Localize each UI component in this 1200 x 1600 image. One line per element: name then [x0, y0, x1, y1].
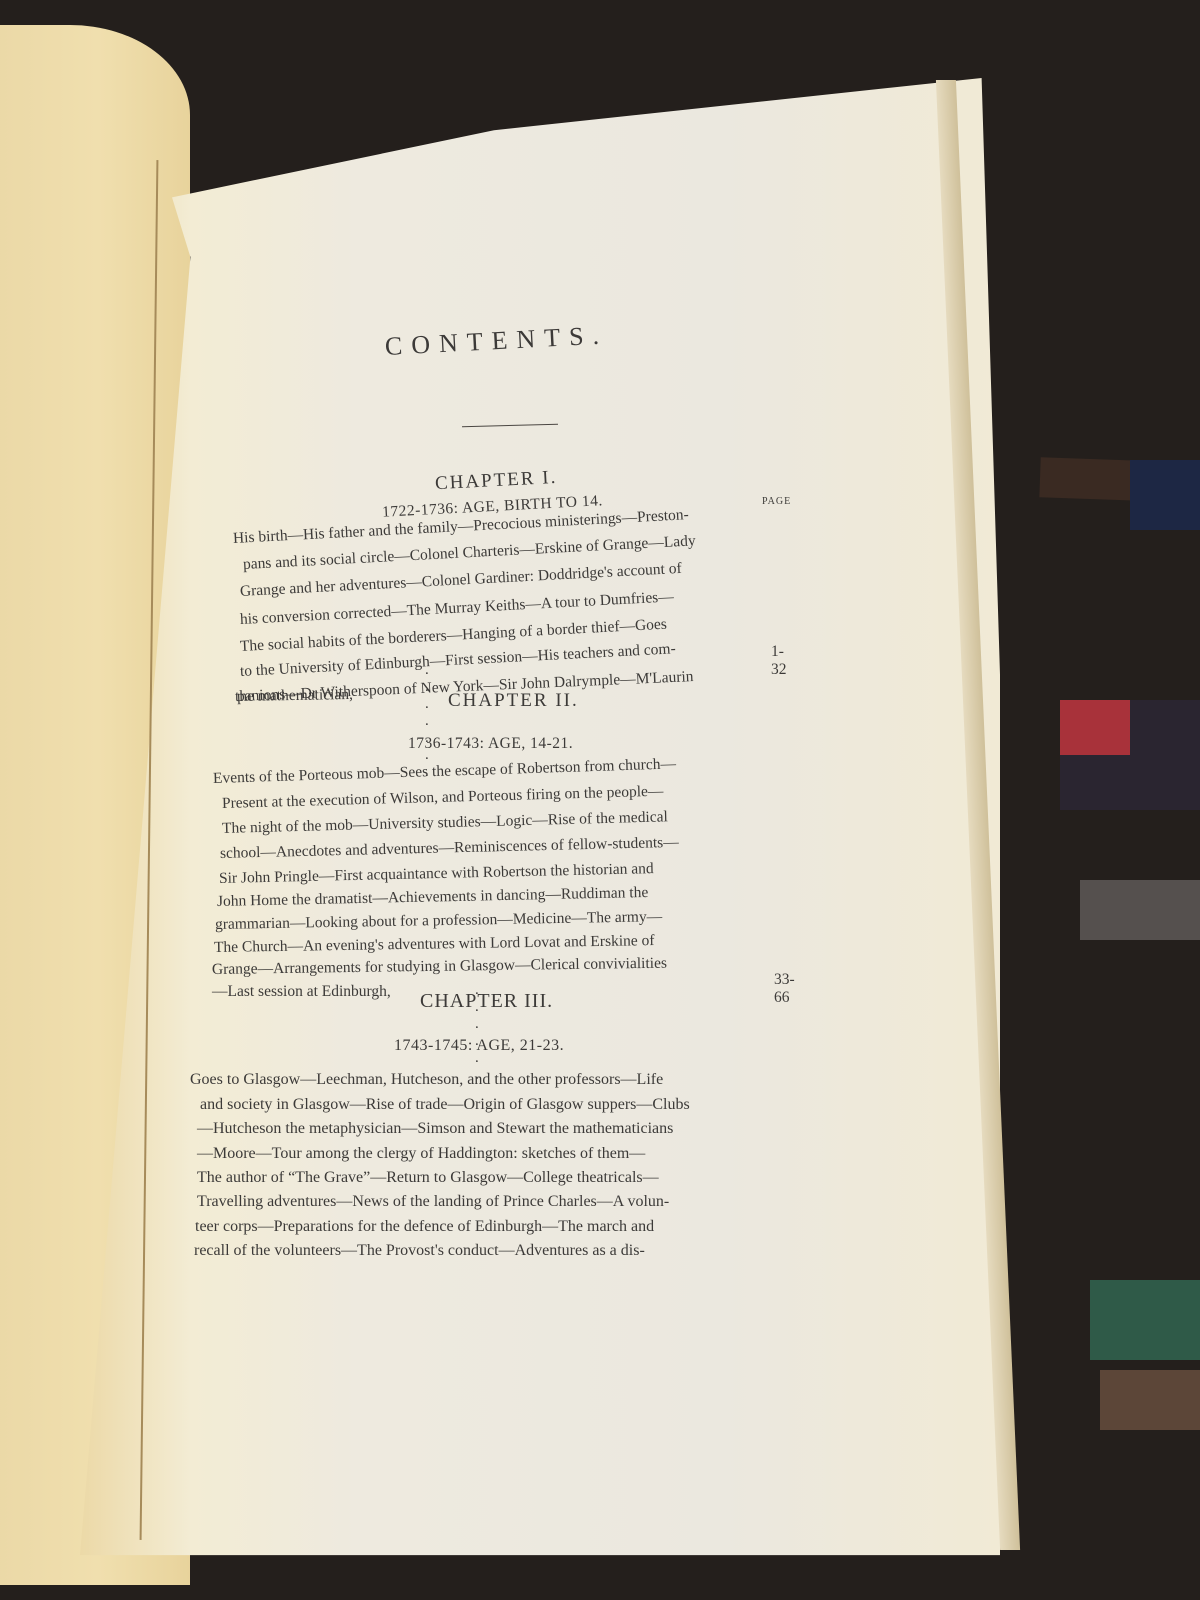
chapter-3-subheading: 1743-1745: AGE, 21-23. — [394, 1037, 564, 1055]
summary-line: Travelling adventures—News of the landin… — [197, 1193, 669, 1211]
background-book-red — [1060, 700, 1130, 755]
chapter-3-heading: CHAPTER III. — [420, 990, 553, 1013]
summary-line: recall of the volunteers—The Provost's c… — [194, 1242, 645, 1260]
summary-line: and society in Glasgow—Rise of trade—Ori… — [200, 1096, 690, 1114]
chapter-2-heading: CHAPTER II. — [448, 690, 579, 712]
summary-line: teer corps—Preparations for the defence … — [195, 1218, 654, 1236]
background-book-green — [1090, 1280, 1200, 1360]
chapter-2-subheading: 1736-1743: AGE, 14-21. — [408, 735, 573, 753]
background-book-grey — [1080, 880, 1200, 940]
page-column-label: PAGE — [762, 496, 791, 507]
chapter-1-pages: 1-32 — [771, 643, 787, 679]
summary-line: The author of “The Grave”—Return to Glas… — [197, 1169, 659, 1187]
summary-line: —Hutcheson the metaphysician—Simson and … — [197, 1120, 673, 1138]
background-book-brown — [1100, 1370, 1200, 1430]
summary-line: —Last session at Edinburgh, — [212, 983, 391, 1001]
chapter-2-pages: 33-66 — [774, 971, 795, 1007]
summary-line: the mathematician, — [235, 686, 353, 706]
summary-line: —Moore—Tour among the clergy of Haddingt… — [197, 1145, 645, 1163]
summary-line: Goes to Glasgow—Leechman, Hutcheson, and… — [190, 1071, 663, 1089]
background-book-blue — [1130, 460, 1200, 530]
